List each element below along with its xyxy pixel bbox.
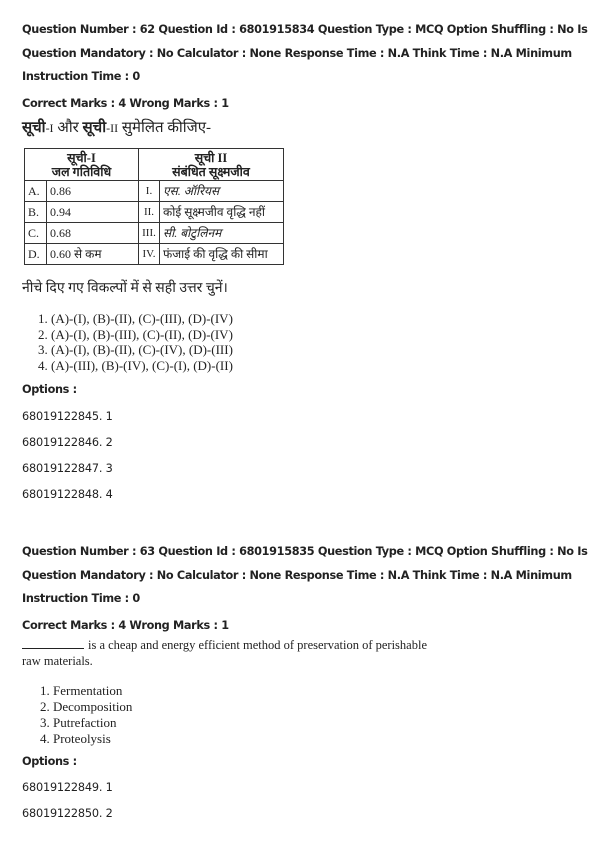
option-item[interactable]: 68019122847. 3 — [22, 462, 113, 476]
row-value: 0.60 से कम — [47, 244, 139, 265]
row-value: 0.68 — [47, 223, 139, 244]
list2-header-title: सूची II — [195, 151, 227, 165]
q62-meta-line3: Instruction Time : 0 — [22, 70, 140, 84]
list2-header: सूची IIसंबंधित सूक्ष्मजीव — [139, 149, 284, 181]
prompt-line1: is a cheap and energy efficient method o… — [88, 638, 427, 652]
choice-item: 3. Putrefaction — [40, 715, 132, 731]
list2-suffix: -II — [106, 121, 118, 135]
q63-marks: Correct Marks : 4 Wrong Marks : 1 — [22, 619, 229, 633]
choice-item: 4. (A)-(III), (B)-(IV), (C)-(I), (D)-(II… — [38, 358, 233, 374]
row-letter: A. — [25, 181, 47, 202]
q62-prompt: सूची-I और सूची-II सुमेलित कीजिए- — [22, 117, 211, 137]
row-desc: एस. ऑरियस — [160, 181, 284, 202]
list2-word: सूची — [83, 120, 107, 136]
option-item[interactable]: 68019122848. 4 — [22, 488, 113, 502]
list1-header-subtitle: जल गतिविधि — [52, 165, 111, 179]
match-table: सूची-Iजल गतिविधि सूची IIसंबंधित सूक्ष्मज… — [24, 148, 284, 265]
fill-blank — [22, 637, 84, 649]
q62-meta-line1: Question Number : 62 Question Id : 68019… — [22, 23, 587, 37]
list1-header-title: सूची-I — [67, 151, 96, 165]
option-item[interactable]: 68019122845. 1 — [22, 410, 113, 424]
q63-choices: 1. Fermentation 2. Decomposition 3. Putr… — [40, 683, 132, 747]
list1-word: सूची — [22, 120, 46, 136]
option-item[interactable]: 68019122846. 2 — [22, 436, 113, 450]
row-letter: C. — [25, 223, 47, 244]
q62-options-label: Options : — [22, 383, 77, 397]
table-row: D. 0.60 से कम IV. फंजाई की वृद्धि की सीम… — [25, 244, 284, 265]
row-roman: III. — [139, 223, 160, 244]
q62-instruction: नीचे दिए गए विकल्पों में से सही उत्तर चु… — [22, 278, 228, 297]
exam-page: Question Number : 62 Question Id : 68019… — [0, 0, 595, 842]
row-letter: B. — [25, 202, 47, 223]
table-row: B. 0.94 II. कोई सूक्ष्मजीव वृद्धि नहीं — [25, 202, 284, 223]
row-roman: IV. — [139, 244, 160, 265]
q63-options-label: Options : — [22, 755, 77, 769]
prompt-line2: raw materials. — [22, 654, 93, 668]
option-item[interactable]: 68019122849. 1 — [22, 781, 113, 795]
choice-item: 3. (A)-(I), (B)-(II), (C)-(IV), (D)-(III… — [38, 342, 233, 358]
row-value: 0.94 — [47, 202, 139, 223]
choice-item: 2. (A)-(I), (B)-(III), (C)-(II), (D)-(IV… — [38, 327, 233, 343]
q63-meta-line3: Instruction Time : 0 — [22, 592, 140, 606]
q62-choices: 1. (A)-(I), (B)-(II), (C)-(III), (D)-(IV… — [38, 311, 233, 373]
row-roman: I. — [139, 181, 160, 202]
q62-meta-line2: Question Mandatory : No Calculator : Non… — [22, 47, 572, 61]
q63-meta-line2: Question Mandatory : No Calculator : Non… — [22, 569, 572, 583]
list1-header: सूची-Iजल गतिविधि — [25, 149, 139, 181]
q63-prompt: is a cheap and energy efficient method o… — [22, 637, 472, 669]
row-desc: फंजाई की वृद्धि की सीमा — [160, 244, 284, 265]
conjunction: और — [54, 120, 83, 136]
table-row: A. 0.86 I. एस. ऑरियस — [25, 181, 284, 202]
table-row: C. 0.68 III. सी. बोटुलिनम — [25, 223, 284, 244]
table-header-row: सूची-Iजल गतिविधि सूची IIसंबंधित सूक्ष्मज… — [25, 149, 284, 181]
choice-item: 1. (A)-(I), (B)-(II), (C)-(III), (D)-(IV… — [38, 311, 233, 327]
option-item[interactable]: 68019122850. 2 — [22, 807, 113, 821]
row-letter: D. — [25, 244, 47, 265]
q63-meta-line1: Question Number : 63 Question Id : 68019… — [22, 545, 587, 559]
list1-suffix: -I — [46, 121, 54, 135]
choice-item: 2. Decomposition — [40, 699, 132, 715]
choice-item: 4. Proteolysis — [40, 731, 132, 747]
q62-marks: Correct Marks : 4 Wrong Marks : 1 — [22, 97, 229, 111]
row-desc: सी. बोटुलिनम — [160, 223, 284, 244]
row-desc: कोई सूक्ष्मजीव वृद्धि नहीं — [160, 202, 284, 223]
list2-header-subtitle: संबंधित सूक्ष्मजीव — [172, 165, 250, 179]
prompt-tail: सुमेलित कीजिए- — [118, 120, 211, 136]
choice-item: 1. Fermentation — [40, 683, 132, 699]
row-roman: II. — [139, 202, 160, 223]
row-value: 0.86 — [47, 181, 139, 202]
